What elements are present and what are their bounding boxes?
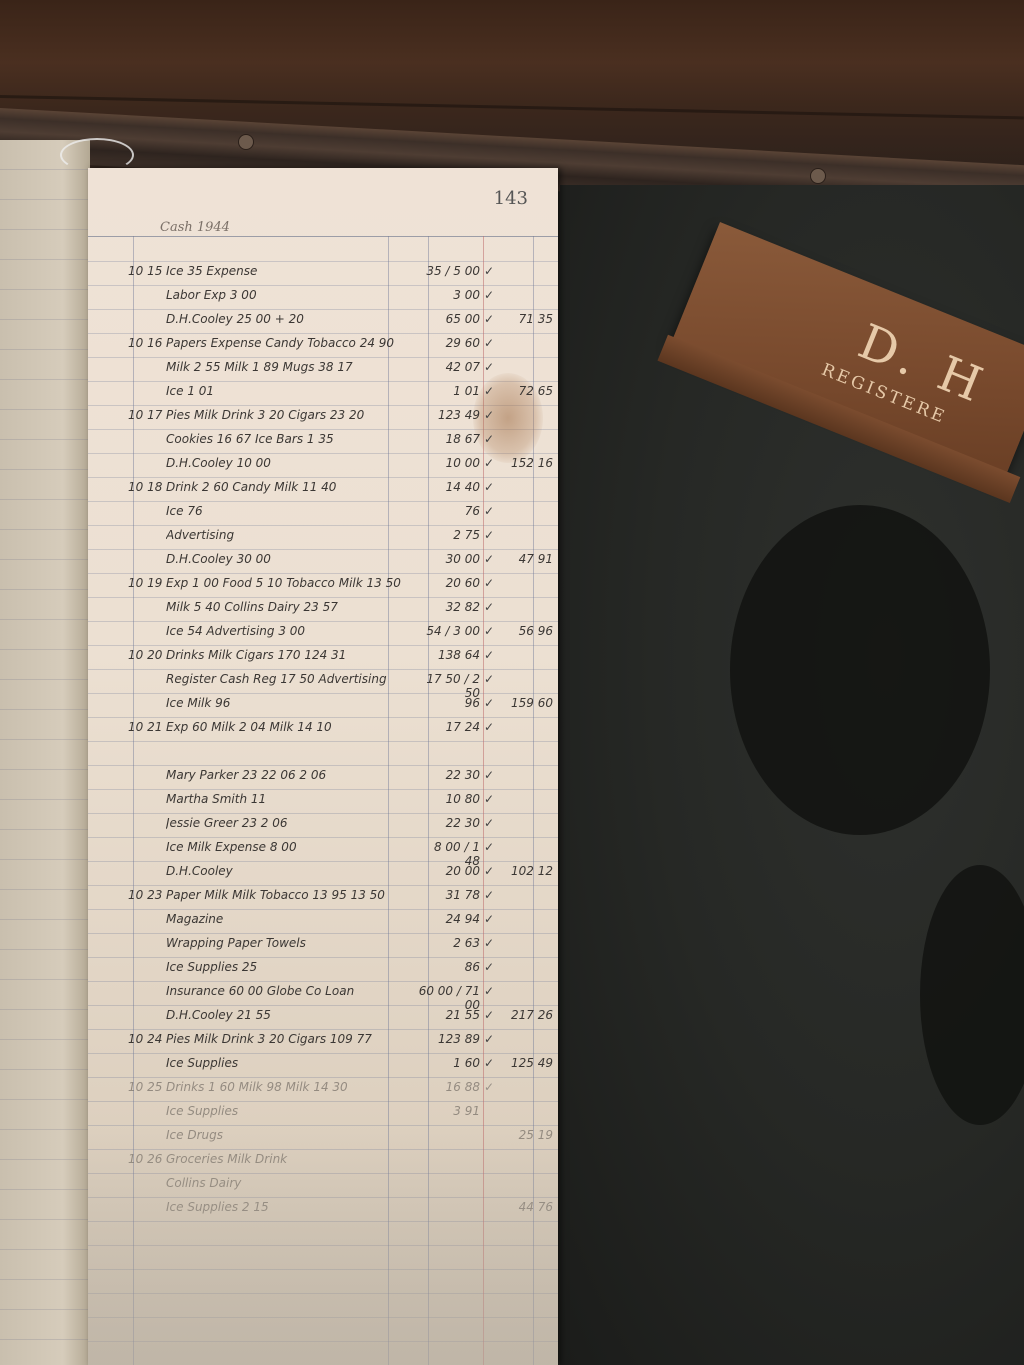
- entry-running-total: 72 65: [493, 384, 553, 398]
- entry-description: Magazine: [166, 912, 406, 926]
- entry-running-total: 102 12: [493, 864, 553, 878]
- entry-amount: 3 91: [418, 1104, 480, 1118]
- entry-date: 10 23: [128, 888, 168, 902]
- checkmark-icon: ✓: [484, 1080, 494, 1094]
- entry-amount: 1 60: [418, 1056, 480, 1070]
- ledger-row: Martha Smith 11 10 80 ✓: [88, 792, 558, 816]
- ledger-row: Ice Milk Expense 8 00 8 00 / 1 48 ✓: [88, 840, 558, 864]
- ledger-row: Ice 1 01 1 01 ✓ 72 65: [88, 384, 558, 408]
- entry-amount: 18 67: [418, 432, 480, 446]
- entry-amount: 21 55: [418, 1008, 480, 1022]
- ledger-row: 10 21 Exp 60 Milk 2 04 Milk 14 10 17 24 …: [88, 720, 558, 744]
- entry-amount: 22 30: [418, 816, 480, 830]
- ledger-row: [88, 744, 558, 768]
- entry-amount: 35 / 5 00: [418, 264, 480, 278]
- entry-description: Exp 60 Milk 2 04 Milk 14 10: [166, 720, 406, 734]
- ledger-row: 10 23 Paper Milk Milk Tobacco 13 95 13 5…: [88, 888, 558, 912]
- entry-running-total: 56 96: [493, 624, 553, 638]
- checkmark-icon: ✓: [484, 504, 494, 518]
- checkmark-icon: ✓: [484, 264, 494, 278]
- entry-amount: 10 80: [418, 792, 480, 806]
- entry-description: Labor Exp 3 00: [166, 288, 406, 302]
- checkmark-icon: ✓: [484, 1032, 494, 1046]
- entry-description: Ice Supplies: [166, 1104, 406, 1118]
- entry-running-total: 152 16: [493, 456, 553, 470]
- ledger-row: 10 24 Pies Milk Drink 3 20 Cigars 109 77…: [88, 1032, 558, 1056]
- entry-amount: 96: [418, 696, 480, 710]
- ledger-row: Ice 76 76 ✓: [88, 504, 558, 528]
- page-number: 143: [494, 188, 528, 209]
- checkmark-icon: ✓: [484, 720, 494, 734]
- checkmark-icon: ✓: [484, 768, 494, 782]
- entry-amount: 123 49: [418, 408, 480, 422]
- ledger-row: Mary Parker 23 22 06 2 06 22 30 ✓: [88, 768, 558, 792]
- entry-description: Paper Milk Milk Tobacco 13 95 13 50: [166, 888, 406, 902]
- entry-amount: 123 89: [418, 1032, 480, 1046]
- entry-description: Ice Milk 96: [166, 696, 406, 710]
- entry-description: Drink 2 60 Candy Milk 11 40: [166, 480, 406, 494]
- checkmark-icon: ✓: [484, 480, 494, 494]
- ledger-page: 143 Cash 1944 10 15 Ice 35 Expense 35 / …: [88, 168, 558, 1365]
- entry-running-total: 47 91: [493, 552, 553, 566]
- entry-description: Martha Smith 11: [166, 792, 406, 806]
- checkmark-icon: ✓: [484, 912, 494, 926]
- entry-date: 10 21: [128, 720, 168, 734]
- ledger-row: 10 20 Drinks Milk Cigars 170 124 31 138 …: [88, 648, 558, 672]
- shadow: [730, 505, 990, 835]
- entry-description: Pies Milk Drink 3 20 Cigars 109 77: [166, 1032, 406, 1046]
- glass-reflection: [88, 1125, 558, 1365]
- checkmark-icon: ✓: [484, 360, 494, 374]
- checkmark-icon: ✓: [484, 528, 494, 542]
- entry-amount: 86: [418, 960, 480, 974]
- checkmark-icon: ✓: [484, 840, 494, 854]
- entry-running-total: 71 35: [493, 312, 553, 326]
- ledger-row: D.H.Cooley 25 00 + 20 65 00 ✓ 71 35: [88, 312, 558, 336]
- ruled-lines: [0, 140, 90, 1365]
- entry-running-total: 125 49: [493, 1056, 553, 1070]
- ledger-row: Labor Exp 3 00 3 00 ✓: [88, 288, 558, 312]
- checkmark-icon: ✓: [484, 984, 494, 998]
- entry-amount: 32 82: [418, 600, 480, 614]
- facing-page: [0, 140, 90, 1365]
- checkmark-icon: ✓: [484, 960, 494, 974]
- entry-description: Cookies 16 67 Ice Bars 1 35: [166, 432, 406, 446]
- ledger-row: Wrapping Paper Towels 2 63 ✓: [88, 936, 558, 960]
- entry-description: D.H.Cooley 25 00 + 20: [166, 312, 406, 326]
- entry-amount: 24 94: [418, 912, 480, 926]
- entry-amount: 10 00: [418, 456, 480, 470]
- entry-description: Ice Milk Expense 8 00: [166, 840, 406, 854]
- ledger-row: Ice Milk 96 96 ✓ 159 60: [88, 696, 558, 720]
- screw-icon: [810, 168, 826, 184]
- entry-description: Wrapping Paper Towels: [166, 936, 406, 950]
- entry-amount: 1 01: [418, 384, 480, 398]
- ledger-row: Advertising 2 75 ✓: [88, 528, 558, 552]
- entry-description: D.H.Cooley: [166, 864, 406, 878]
- entry-description: D.H.Cooley 10 00: [166, 456, 406, 470]
- entry-date: 10 24: [128, 1032, 168, 1046]
- entry-description: Exp 1 00 Food 5 10 Tobacco Milk 13 50: [166, 576, 406, 590]
- entry-running-total: 159 60: [493, 696, 553, 710]
- ledger-row: 10 19 Exp 1 00 Food 5 10 Tobacco Milk 13…: [88, 576, 558, 600]
- ledger-row: Milk 2 55 Milk 1 89 Mugs 38 17 42 07 ✓: [88, 360, 558, 384]
- ledger-row: 10 17 Pies Milk Drink 3 20 Cigars 23 20 …: [88, 408, 558, 432]
- header-rule: [88, 236, 558, 237]
- ledger-row: 10 15 Ice 35 Expense 35 / 5 00 ✓: [88, 264, 558, 288]
- ledger-row: Cookies 16 67 Ice Bars 1 35 18 67 ✓: [88, 432, 558, 456]
- entry-description: Register Cash Reg 17 50 Advertising: [166, 672, 406, 686]
- checkmark-icon: ✓: [484, 408, 494, 422]
- ledger-row: D.H.Cooley 30 00 30 00 ✓ 47 91: [88, 552, 558, 576]
- checkmark-icon: ✓: [484, 576, 494, 590]
- entry-description: Jessie Greer 23 2 06: [166, 816, 406, 830]
- entry-description: Ice Supplies: [166, 1056, 406, 1070]
- entry-amount: 2 75: [418, 528, 480, 542]
- ledger-row: Ice Supplies 1 60 ✓ 125 49: [88, 1056, 558, 1080]
- checkmark-icon: ✓: [484, 792, 494, 806]
- entry-description: D.H.Cooley 30 00: [166, 552, 406, 566]
- entry-amount: 29 60: [418, 336, 480, 350]
- entry-description: Papers Expense Candy Tobacco 24 90: [166, 336, 406, 350]
- entry-amount: 54 / 3 00: [418, 624, 480, 638]
- entry-description: Ice 35 Expense: [166, 264, 406, 278]
- checkmark-icon: ✓: [484, 936, 494, 950]
- entry-description: D.H.Cooley 21 55: [166, 1008, 406, 1022]
- ledger-row: Milk 5 40 Collins Dairy 23 57 32 82 ✓: [88, 600, 558, 624]
- ledger-row: 10 18 Drink 2 60 Candy Milk 11 40 14 40 …: [88, 480, 558, 504]
- entry-amount: 42 07: [418, 360, 480, 374]
- ledger-entries: 10 15 Ice 35 Expense 35 / 5 00 ✓ Labor E…: [88, 264, 558, 1224]
- checkmark-icon: ✓: [484, 600, 494, 614]
- entry-description: Ice Supplies 25: [166, 960, 406, 974]
- entry-date: 10 20: [128, 648, 168, 662]
- checkmark-icon: ✓: [484, 336, 494, 350]
- entry-description: Ice 54 Advertising 3 00: [166, 624, 406, 638]
- checkmark-icon: ✓: [484, 288, 494, 302]
- entry-date: 10 19: [128, 576, 168, 590]
- entry-description: Drinks Milk Cigars 170 124 31: [166, 648, 406, 662]
- display-case-frame: [0, 0, 1024, 180]
- ledger-row: D.H.Cooley 20 00 ✓ 102 12: [88, 864, 558, 888]
- shadow: [920, 865, 1024, 1125]
- ledger-row: Magazine 24 94 ✓: [88, 912, 558, 936]
- entry-amount: 22 30: [418, 768, 480, 782]
- ledger-row: Ice 54 Advertising 3 00 54 / 3 00 ✓ 56 9…: [88, 624, 558, 648]
- entry-amount: 2 63: [418, 936, 480, 950]
- entry-amount: 3 00: [418, 288, 480, 302]
- entry-amount: 65 00: [418, 312, 480, 326]
- entry-amount: 76: [418, 504, 480, 518]
- checkmark-icon: ✓: [484, 888, 494, 902]
- checkmark-icon: ✓: [484, 648, 494, 662]
- entry-amount: 17 24: [418, 720, 480, 734]
- ledger-row: D.H.Cooley 21 55 21 55 ✓ 217 26: [88, 1008, 558, 1032]
- screw-icon: [238, 134, 254, 150]
- entry-amount: 20 60: [418, 576, 480, 590]
- ledger-row: 10 25 Drinks 1 60 Milk 98 Milk 14 30 16 …: [88, 1080, 558, 1104]
- entry-date: 10 15: [128, 264, 168, 278]
- entry-date: 10 17: [128, 408, 168, 422]
- entry-amount: 31 78: [418, 888, 480, 902]
- entry-amount: 16 88: [418, 1080, 480, 1094]
- entry-date: 10 16: [128, 336, 168, 350]
- entry-description: Mary Parker 23 22 06 2 06: [166, 768, 406, 782]
- entry-description: Pies Milk Drink 3 20 Cigars 23 20: [166, 408, 406, 422]
- entry-amount: 30 00: [418, 552, 480, 566]
- checkmark-icon: ✓: [484, 432, 494, 446]
- entry-description: Advertising: [166, 528, 406, 542]
- entry-description: Milk 2 55 Milk 1 89 Mugs 38 17: [166, 360, 406, 374]
- checkmark-icon: ✓: [484, 816, 494, 830]
- ledger-row: D.H.Cooley 10 00 10 00 ✓ 152 16: [88, 456, 558, 480]
- entry-date: 10 25: [128, 1080, 168, 1094]
- ledger-row: 10 16 Papers Expense Candy Tobacco 24 90…: [88, 336, 558, 360]
- entry-date: 10 18: [128, 480, 168, 494]
- tag-string: [60, 138, 134, 172]
- ledger-row: Ice Supplies 25 86 ✓: [88, 960, 558, 984]
- entry-description: Drinks 1 60 Milk 98 Milk 14 30: [166, 1080, 406, 1094]
- checkmark-icon: ✓: [484, 672, 494, 686]
- ledger-heading: Cash 1944: [160, 220, 230, 235]
- entry-amount: 14 40: [418, 480, 480, 494]
- entry-amount: 20 00: [418, 864, 480, 878]
- ledger-row: Register Cash Reg 17 50 Advertising 17 5…: [88, 672, 558, 696]
- entry-amount: 138 64: [418, 648, 480, 662]
- ledger-row: Jessie Greer 23 2 06 22 30 ✓: [88, 816, 558, 840]
- ledger-row: Insurance 60 00 Globe Co Loan 60 00 / 71…: [88, 984, 558, 1008]
- entry-description: Ice 1 01: [166, 384, 406, 398]
- entry-description: Ice 76: [166, 504, 406, 518]
- entry-description: Insurance 60 00 Globe Co Loan: [166, 984, 406, 998]
- entry-running-total: 217 26: [493, 1008, 553, 1022]
- entry-description: Milk 5 40 Collins Dairy 23 57: [166, 600, 406, 614]
